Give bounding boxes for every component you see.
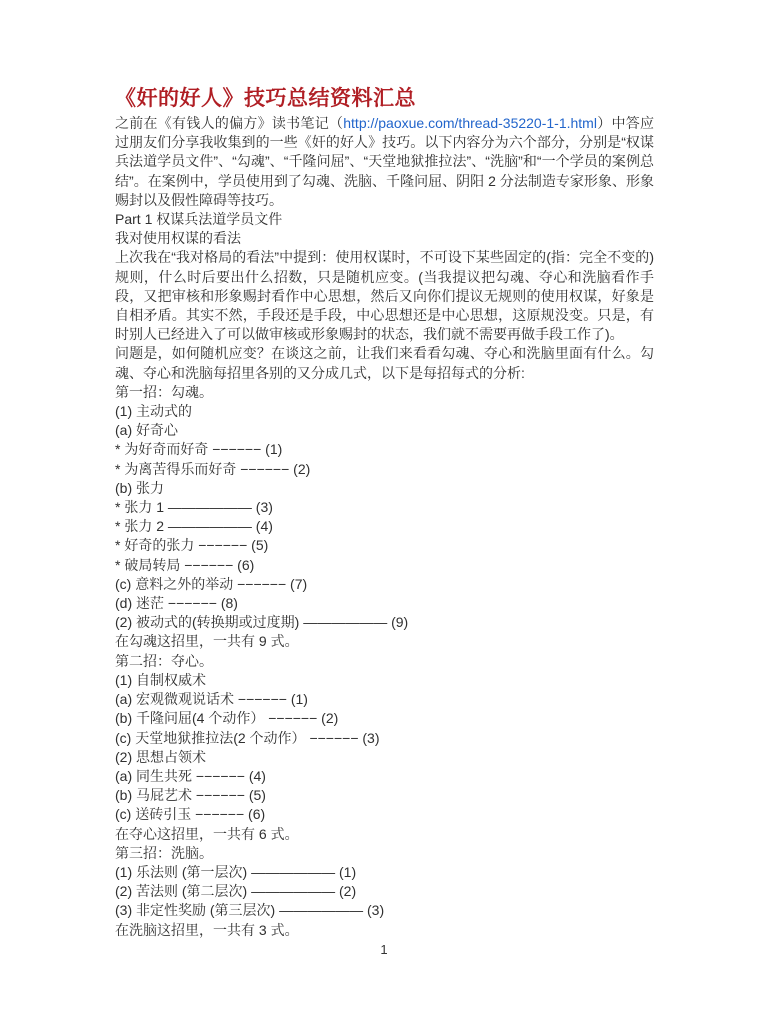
body-line: 在夺心这招里，一共有 6 式。	[115, 825, 654, 844]
thread-link[interactable]: http://paoxue.com/thread-35220-1-1.html	[343, 115, 597, 131]
body-line: (2) 被动式的(转换期或过度期) —————— (9)	[115, 613, 654, 632]
body-line: * 为好奇而好奇 −−−−−− (1)	[115, 440, 654, 459]
body-line: (c) 天堂地狱推拉法(2 个动作） −−−−−− (3)	[115, 729, 654, 748]
body-line: * 为离苦得乐而好奇 −−−−−− (2)	[115, 460, 654, 479]
body-line: (b) 张力	[115, 479, 654, 498]
body-line: 第二招：夺心。	[115, 652, 654, 671]
body-line: (1) 主动式的	[115, 402, 654, 421]
body-line: (c) 送砖引玉 −−−−−− (6)	[115, 805, 654, 824]
body-line: 在洗脑这招里，一共有 3 式。	[115, 921, 654, 940]
body-line: 在勾魂这招里，一共有 9 式。	[115, 632, 654, 651]
body-paragraph: 问题是，如何随机应变？在谈这之前，让我们来看看勾魂、夺心和洗脑里面有什么。勾魂、…	[115, 344, 654, 382]
document-page: 《奸的好人》技巧总结资料汇总 之前在《有钱人的偏方》读书笔记（http://pa…	[115, 86, 654, 940]
body-line: (1) 自制权威术	[115, 671, 654, 690]
body-paragraph: 我对使用权谋的看法	[115, 229, 654, 248]
body-line: (3) 非定性奖励 (第三层次) —————— (3)	[115, 901, 654, 920]
body-line: (d) 迷茫 −−−−−− (8)	[115, 594, 654, 613]
body-line: (2) 思想占领术	[115, 748, 654, 767]
body-line: (a) 好奇心	[115, 421, 654, 440]
document-paragraphs: Part 1 权谋兵法道学员文件我对使用权谋的看法上次我在“我对格局的看法”中提…	[115, 210, 654, 940]
body-line: (b) 马屁艺术 −−−−−− (5)	[115, 786, 654, 805]
body-line: (2) 苦法则 (第二层次) —————— (2)	[115, 882, 654, 901]
body-line: 第一招：勾魂。	[115, 383, 654, 402]
body-line: (b) 千隆问屈(4 个动作） −−−−−− (2)	[115, 709, 654, 728]
document-title: 《奸的好人》技巧总结资料汇总	[115, 86, 654, 111]
body-line: (a) 同生共死 −−−−−− (4)	[115, 767, 654, 786]
intro-paragraph: 之前在《有钱人的偏方》读书笔记（http://paoxue.com/thread…	[115, 114, 654, 210]
page-number: 1	[0, 942, 768, 957]
document-body: 之前在《有钱人的偏方》读书笔记（http://paoxue.com/thread…	[115, 114, 654, 940]
intro-text-before-link: 之前在《有钱人的偏方》读书笔记（	[115, 115, 343, 131]
body-line: * 张力 1 —————— (3)	[115, 498, 654, 517]
body-line: * 张力 2 —————— (4)	[115, 517, 654, 536]
body-line: (c) 意料之外的举动 −−−−−− (7)	[115, 575, 654, 594]
body-paragraph: Part 1 权谋兵法道学员文件	[115, 210, 654, 229]
body-line: (a) 宏观微观说话术 −−−−−− (1)	[115, 690, 654, 709]
body-line: * 破局转局 −−−−−− (6)	[115, 556, 654, 575]
body-line: * 好奇的张力 −−−−−− (5)	[115, 536, 654, 555]
body-line: (1) 乐法则 (第一层次) —————— (1)	[115, 863, 654, 882]
body-paragraph: 上次我在“我对格局的看法”中提到：使用权谋时，不可设下某些固定的(指：完全不变的…	[115, 248, 654, 344]
body-line: 第三招：洗脑。	[115, 844, 654, 863]
